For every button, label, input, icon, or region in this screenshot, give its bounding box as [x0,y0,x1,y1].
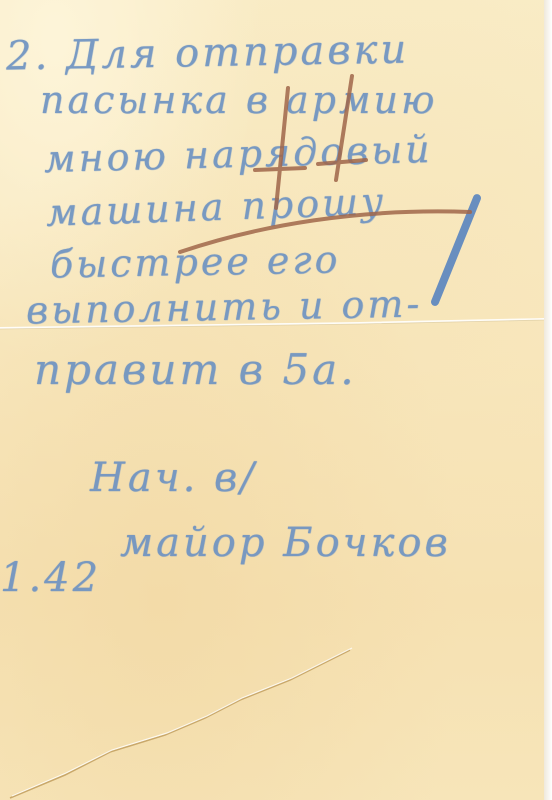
date-fragment: 1.42 [0,555,101,601]
handwritten-line-7: правит в 5а. [34,345,357,394]
signature-title: Нач. в/ [90,455,257,501]
handwriting-body: 2. Для отправки пасынка в армию мною нар… [0,0,552,800]
handwritten-line-2: пасынка в армию [40,78,437,122]
handwritten-line-4: машина прошу [45,179,386,235]
handwritten-line-1: 2. Для отправки [6,26,410,79]
handwritten-line-5: быстрее его [50,237,341,286]
signature-name: майор Бочков [120,520,451,566]
handwritten-line-6: выполнить и от- [26,282,423,333]
blue-slash-mark [430,193,482,307]
handwritten-line-3: мною нарядовый [43,127,433,181]
